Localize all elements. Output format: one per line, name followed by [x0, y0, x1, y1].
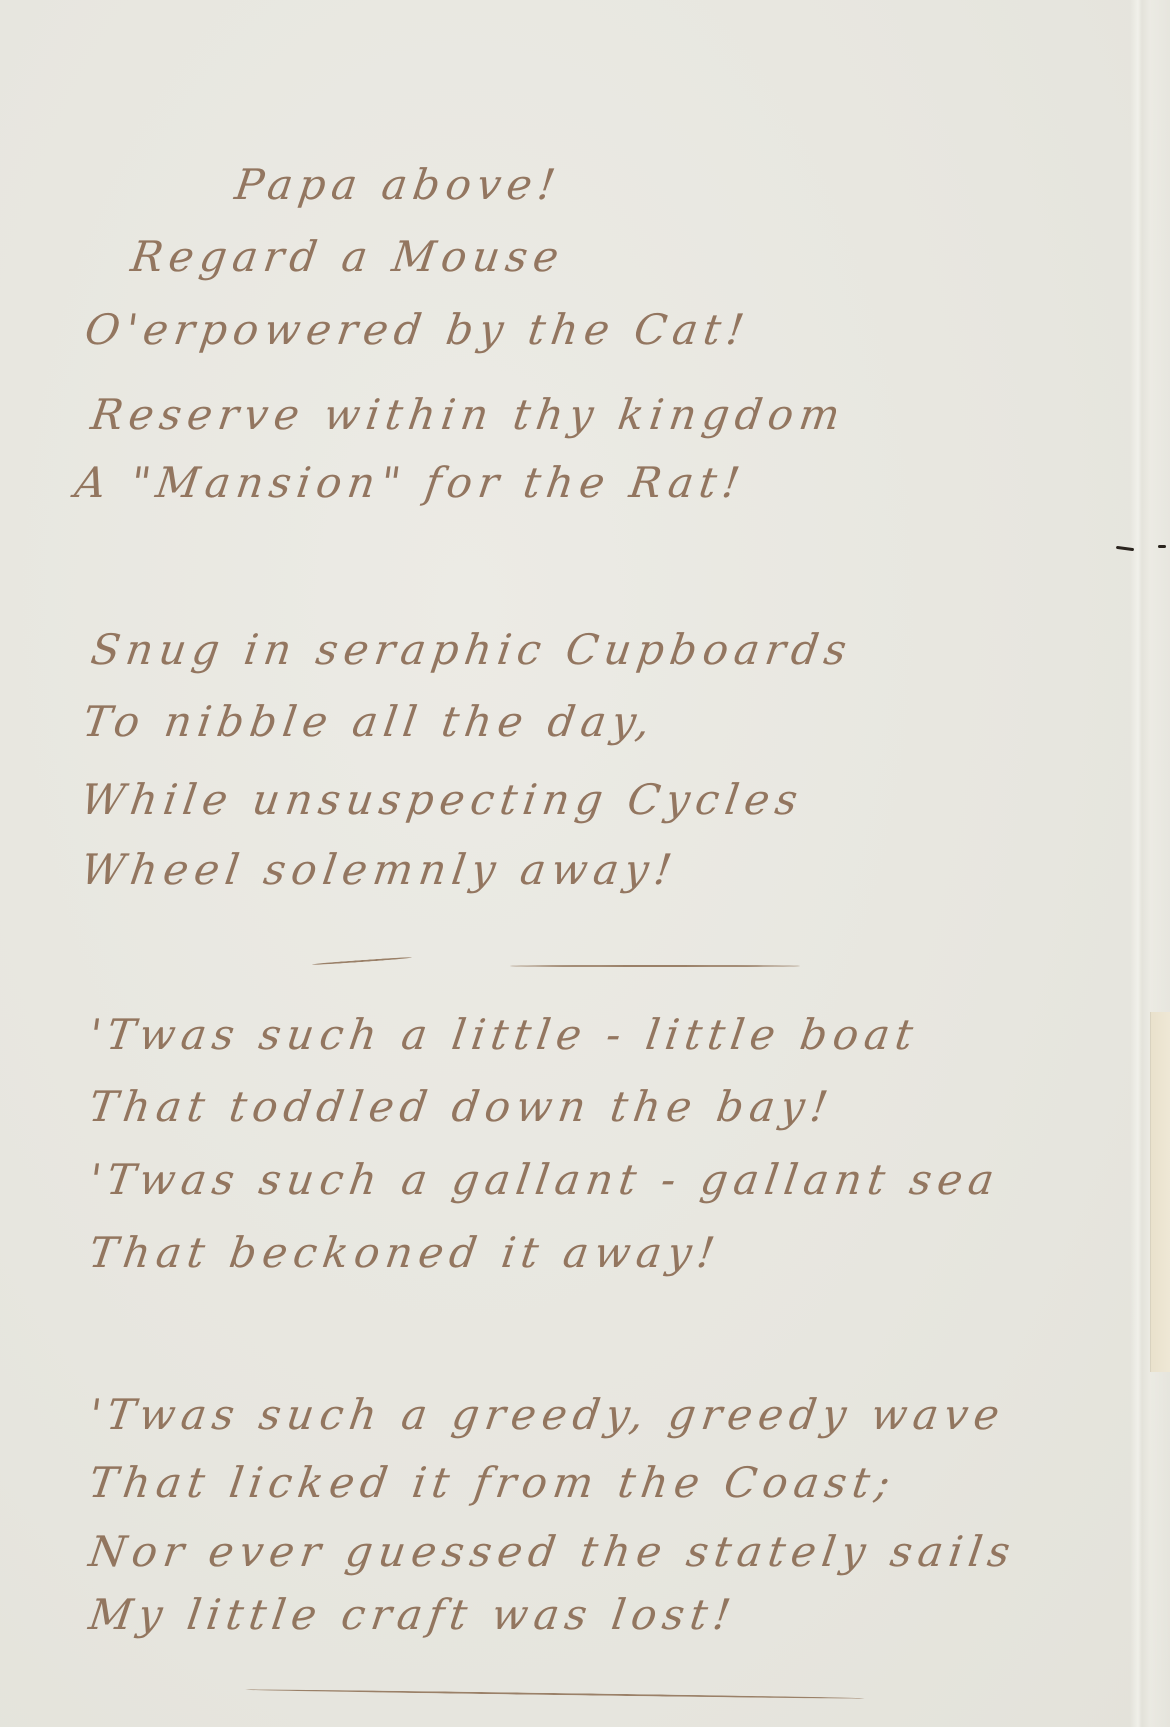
stanza-4: 'Twas such a greedy, greedy wave That li… — [0, 0, 1170, 1727]
poem-line: Nor ever guessed the stately sails — [86, 1527, 1019, 1576]
poem-line: My little craft was lost! — [86, 1590, 740, 1639]
poem-line: That licked it from the Coast; — [86, 1458, 899, 1507]
poem-line: 'Twas such a greedy, greedy wave — [86, 1390, 1008, 1439]
